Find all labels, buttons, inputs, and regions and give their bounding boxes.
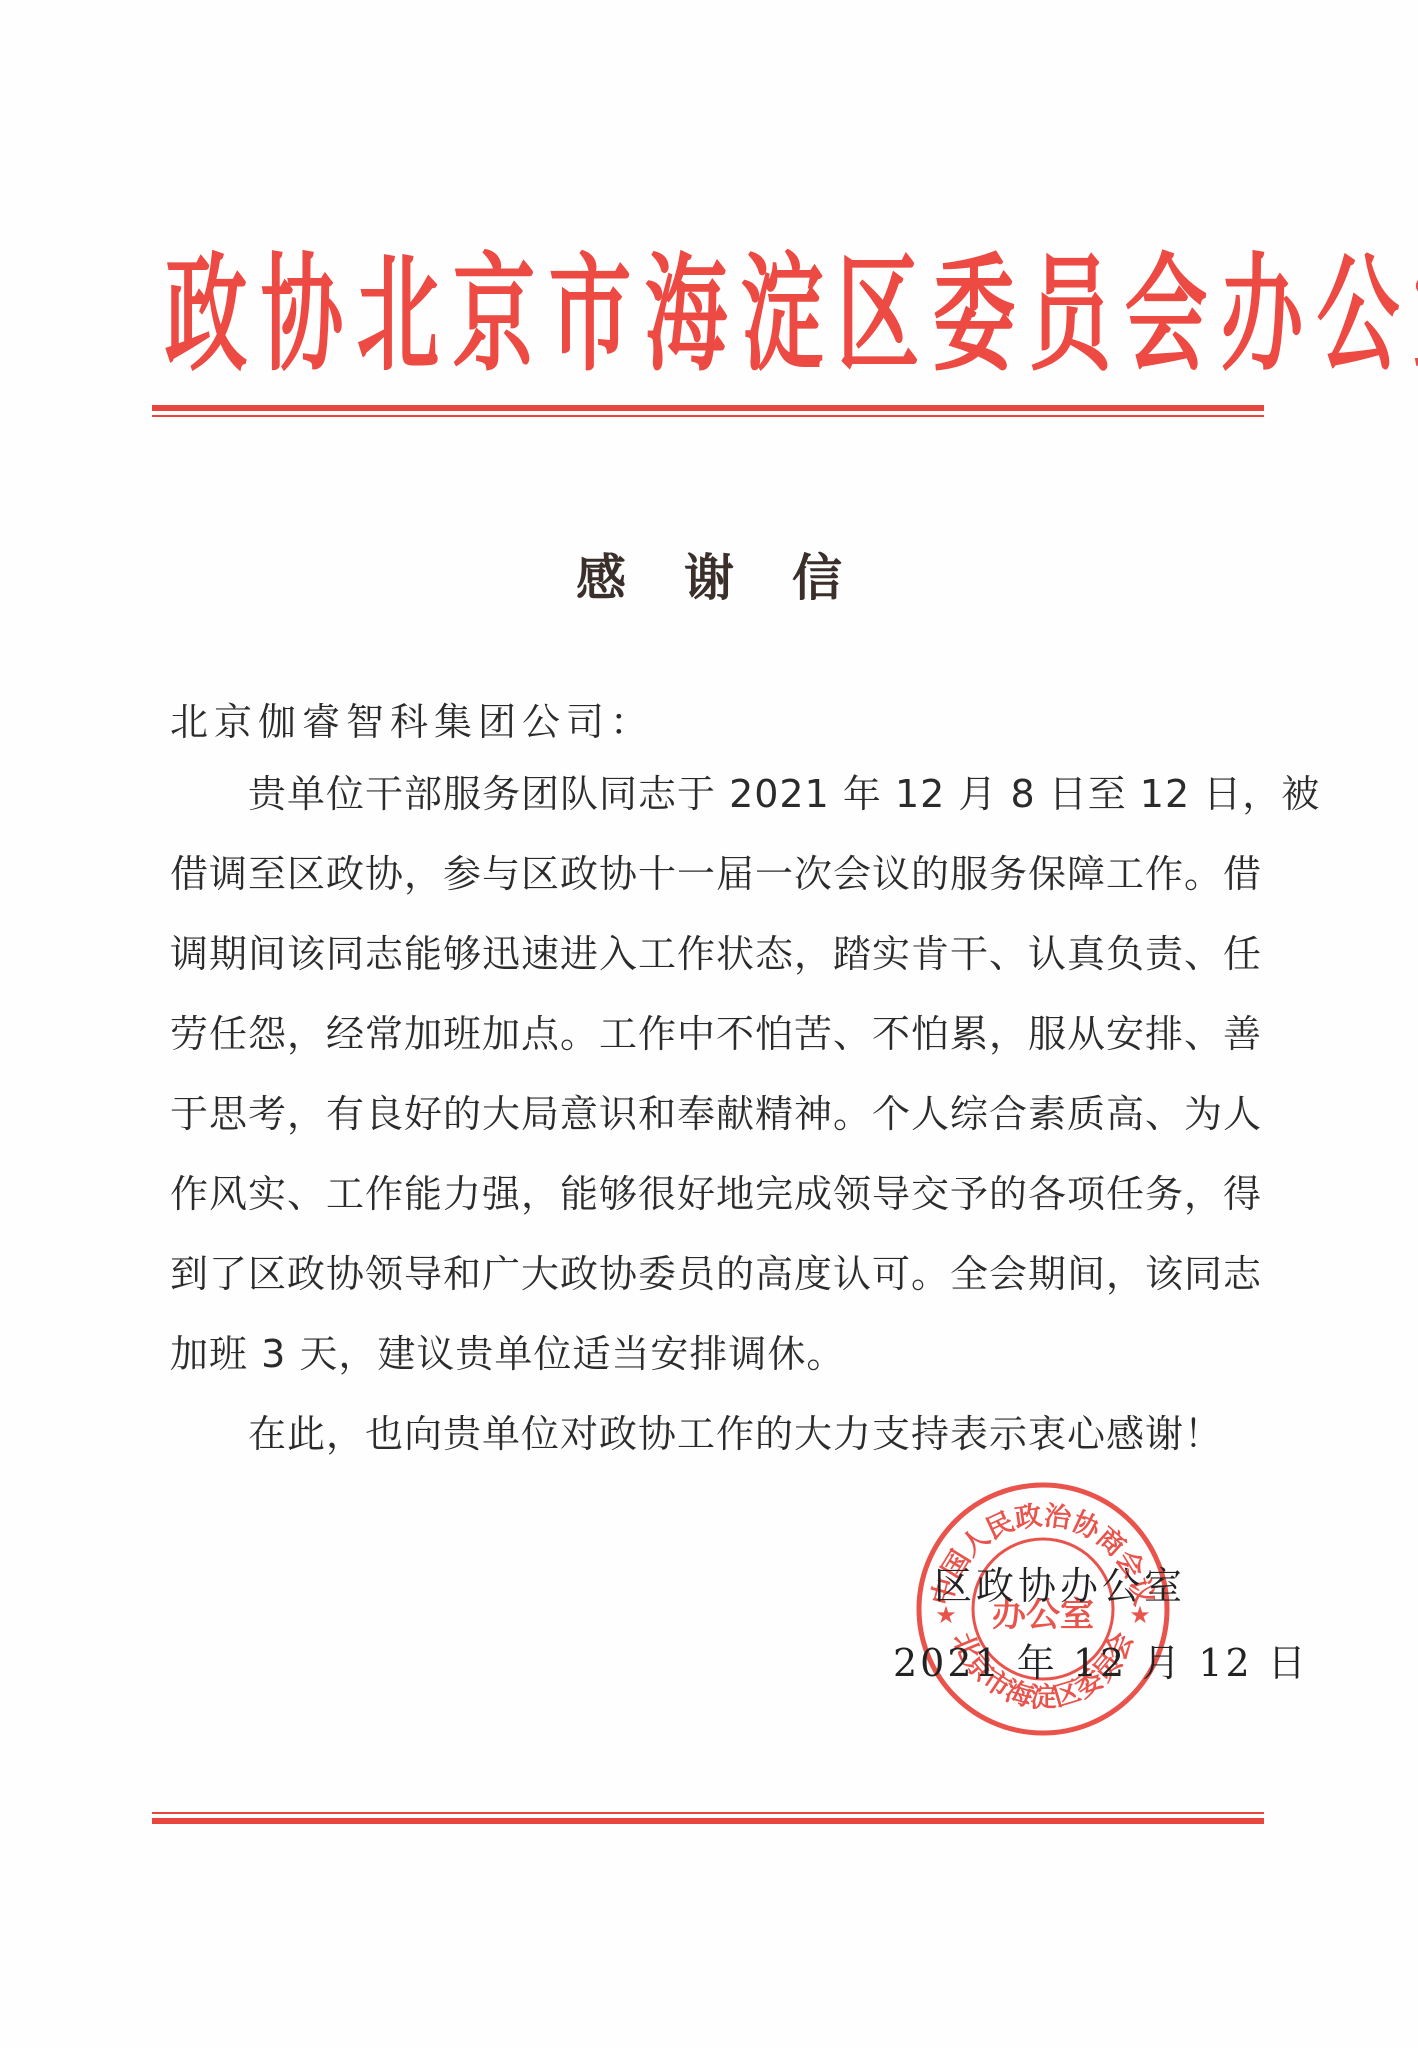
letterhead-char: 区 bbox=[837, 252, 920, 379]
letterhead-char: 室 bbox=[1413, 252, 1418, 379]
footer-divider bbox=[152, 1812, 1264, 1828]
body-line: 加班 3 天，建议贵单位适当安排调休。 bbox=[170, 1314, 1260, 1394]
letterhead-divider bbox=[152, 405, 1264, 419]
divider-thin-line bbox=[152, 1812, 1264, 1814]
letterhead-char: 京 bbox=[453, 252, 536, 379]
letterhead-char: 市 bbox=[549, 252, 632, 379]
letterhead-char: 会 bbox=[1125, 252, 1208, 379]
divider-thin-line bbox=[152, 415, 1264, 417]
document-title: 感谢信 bbox=[0, 538, 1418, 610]
letterhead-char: 北 bbox=[357, 252, 440, 379]
letterhead-char: 淀 bbox=[741, 252, 824, 379]
letterhead-title: 政 协 北 京 市 海 淀 区 委 员 会 办 公 室 bbox=[158, 250, 1268, 380]
paragraph: 在此，也向贵单位对政协工作的大力支持表示衷心感谢！ bbox=[170, 1394, 1260, 1474]
letterhead-char: 员 bbox=[1029, 252, 1112, 379]
letterhead-char: 协 bbox=[261, 252, 344, 379]
signature-organization: 区政协办公室 bbox=[934, 1555, 1186, 1610]
document-page: 政 协 北 京 市 海 淀 区 委 员 会 办 公 室 感谢信 北京伽睿智科集团… bbox=[0, 0, 1418, 2048]
letterhead-char: 办 bbox=[1221, 252, 1304, 379]
letter-body: 北京伽睿智科集团公司： 贵单位干部服务团队同志于 2021 年 12 月 8 日… bbox=[170, 690, 1260, 1474]
body-line: 劳任怨，经常加班加点。工作中不怕苦、不怕累，服从安排、善 bbox=[170, 994, 1260, 1074]
body-line: 调期间该同志能够迅速进入工作状态，踏实肯干、认真负责、任 bbox=[170, 914, 1260, 994]
body-line: 于思考，有良好的大局意识和奉献精神。个人综合素质高、为人 bbox=[170, 1074, 1260, 1154]
divider-thick-line bbox=[152, 405, 1264, 411]
divider-thick-line bbox=[152, 1818, 1264, 1824]
body-line: 在此，也向贵单位对政协工作的大力支持表示衷心感谢！ bbox=[170, 1394, 1260, 1474]
body-line: 作风实、工作能力强，能够很好地完成领导交予的各项任务，得 bbox=[170, 1154, 1260, 1234]
letterhead-char: 委 bbox=[933, 252, 1016, 379]
letterhead-char: 政 bbox=[165, 252, 248, 379]
body-line: 借调至区政协，参与区政协十一届一次会议的服务保障工作。借 bbox=[170, 834, 1260, 914]
signature-date: 2021 年 12 月 12 日 bbox=[893, 1632, 1309, 1687]
letterhead-char: 公 bbox=[1317, 252, 1400, 379]
body-line: 贵单位干部服务团队同志于 2021 年 12 月 8 日至 12 日，被 bbox=[170, 754, 1260, 834]
salutation: 北京伽睿智科集团公司： bbox=[170, 690, 1260, 754]
body-line: 到了区政协领导和广大政协委员的高度认可。全会期间，该同志 bbox=[170, 1234, 1260, 1314]
letterhead-char: 海 bbox=[645, 252, 728, 379]
paragraph: 贵单位干部服务团队同志于 2021 年 12 月 8 日至 12 日，被 借调至… bbox=[170, 754, 1260, 1394]
